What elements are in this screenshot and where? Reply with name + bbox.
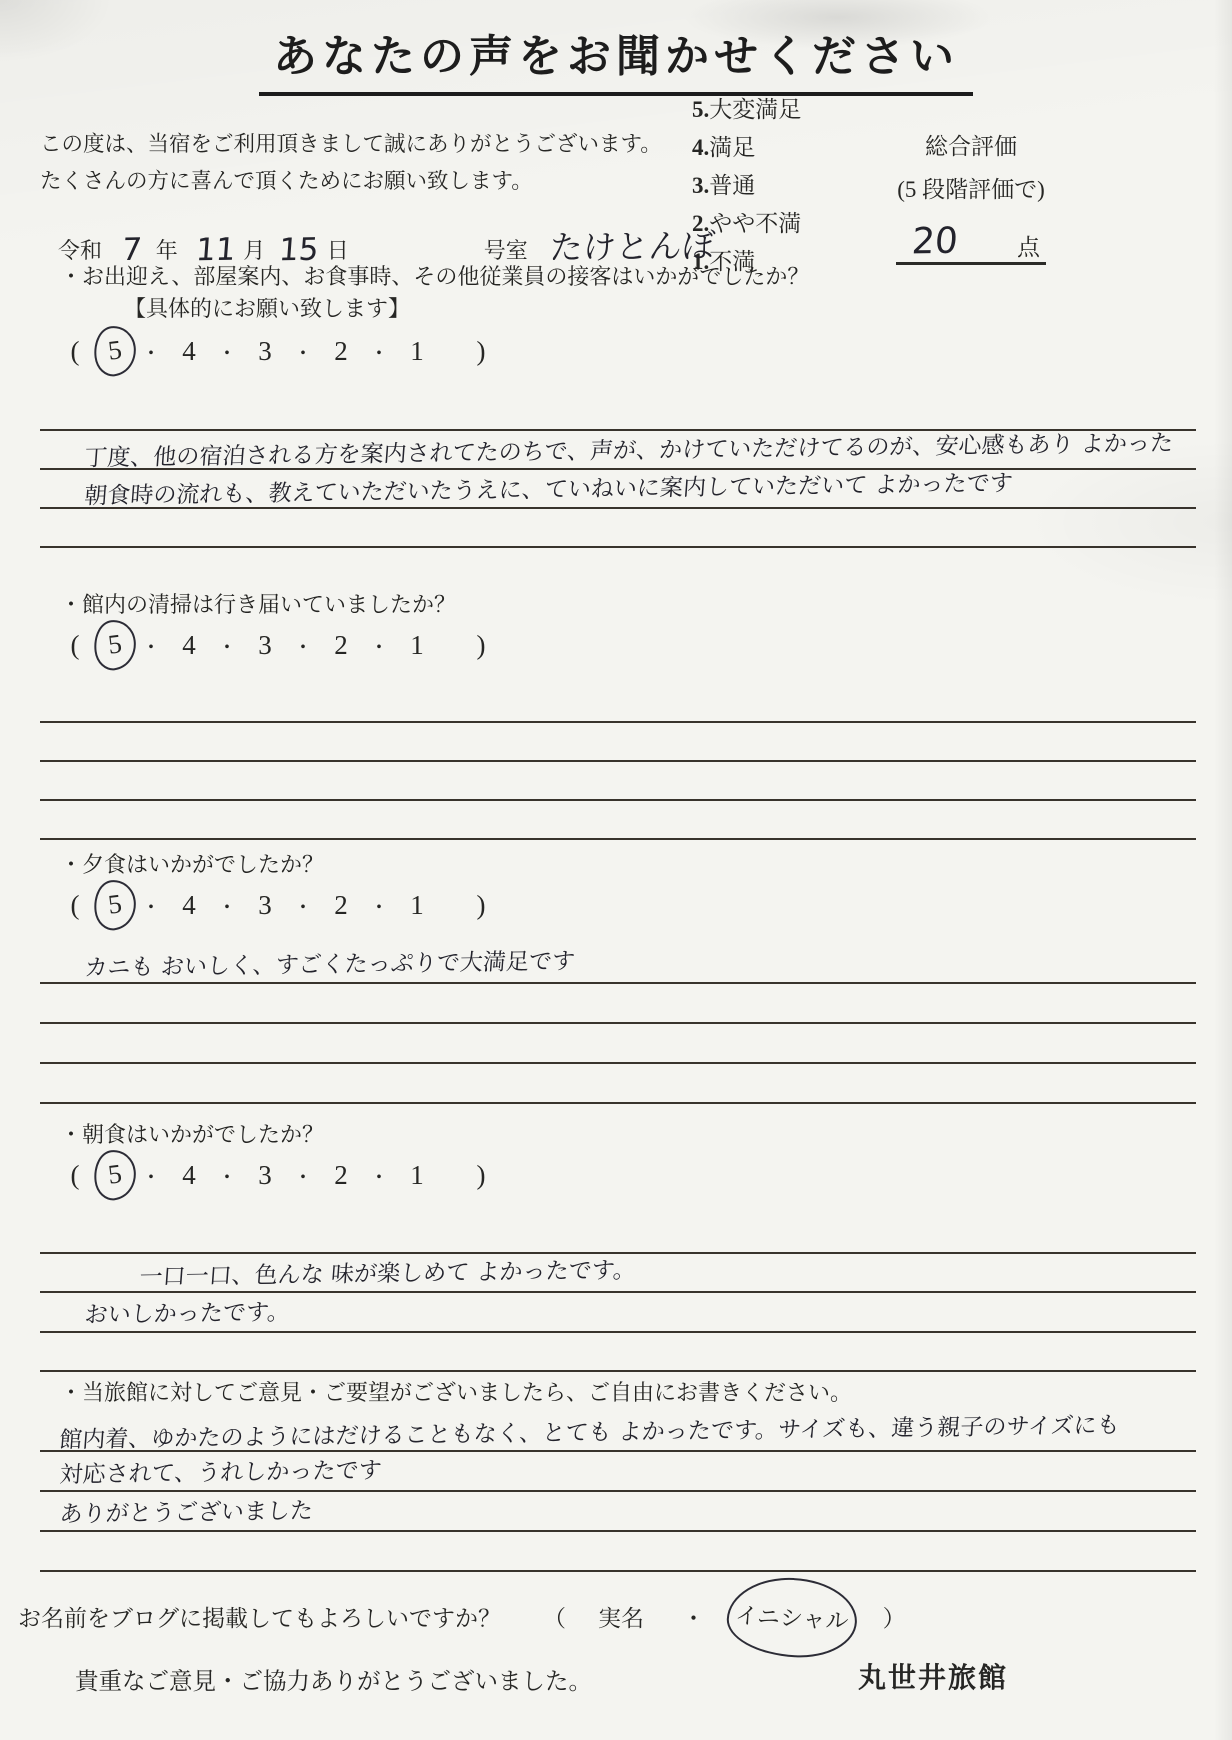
open-paren: （ <box>543 1600 566 1633</box>
question-label: ・当旅館に対してご意見・ご要望がございましたら、ご自由にお書きください。 <box>60 1378 1200 1408</box>
question-note: 【具体的にお願い致します】 <box>124 292 1200 326</box>
rating-option-4: 4 <box>170 630 208 661</box>
separator-dot: ・ <box>360 1161 398 1190</box>
rating-option-5-circled: 5 <box>91 878 139 933</box>
open-paren: ( <box>56 890 94 921</box>
rating-option-3: 3 <box>246 890 284 921</box>
ruled-line: カニも おいしく、すごくたっぷりで大満足です <box>40 944 1196 984</box>
separator-dot: ・ <box>132 891 170 920</box>
intro-paragraph: この度は、当宿をご利用頂きまして誠にありがとうございます。 たくさんの方に喜んで… <box>40 126 700 200</box>
handwritten-answer: ありがとうございました <box>59 1492 315 1529</box>
answer-lines <box>40 684 1196 840</box>
ruled-line: 朝食時の流れも、教えていただいたうえに、ていねいに案内していただいて よかったで… <box>40 470 1196 509</box>
page-title: あなたの声をお聞かせください <box>259 20 973 96</box>
ruled-line: 一口一口、色んな 味が楽しめて よかったです。 <box>40 1254 1196 1294</box>
answer-lines: 館内着、ゆかたのようにはだけることもなく、とても よかったです。サイズも、違う親… <box>40 1412 1196 1572</box>
rating-option-5-circled: 5 <box>91 618 139 673</box>
question-label: ・夕食はいかがでしたか？ <box>60 850 1200 880</box>
close-paren: ) <box>462 336 500 367</box>
era-label: 令和 <box>58 234 102 265</box>
guest-questionnaire-scan: あなたの声をお聞かせください 5.大変満足 4.満足 3.普通 2.やや不満 1… <box>0 0 1232 1740</box>
ruled-line: 丁度、他の宿泊される方を案内されてたのちで、声が、かけていただけてるのが、安心感… <box>40 431 1196 470</box>
handwritten-answer: 対応されて、うれしかったです <box>59 1452 383 1489</box>
ruled-line <box>40 762 1196 801</box>
handwritten-answer: 朝食時の流れも、教えていただいたうえに、ていねいに案内していただいて よかったで… <box>83 465 1014 511</box>
legend-label: 大変満足 <box>709 97 801 122</box>
overall-rating-box: 総合評価 (5 段階評価で) 20 点 <box>878 128 1064 265</box>
legend-item-4: 4.満足 <box>692 134 801 162</box>
answer-lines: 一口一口、色んな 味が楽しめて よかったです。 おいしかったです。 <box>40 1214 1196 1372</box>
handwritten-answer: 館内着、ゆかたのようにはだけることもなく、とても よかったです。サイズも、違う親… <box>58 1407 1121 1455</box>
rating-option-5-circled: 5 <box>91 1148 139 1203</box>
ruled-line <box>40 509 1196 548</box>
score-unit: 点 <box>1017 229 1046 262</box>
month-unit: 月 <box>243 234 265 265</box>
blog-permission-row: お名前をブログに掲載してもよろしいですか？ （ 実名 ・ イニシャル ） <box>18 1598 906 1635</box>
intro-line-2: たくさんの方に喜んで頂くためにお願い致します。 <box>40 163 700 200</box>
separator-dot: ・ <box>208 631 246 660</box>
ruled-line <box>40 1024 1196 1064</box>
separator-dot: ・ <box>132 337 170 366</box>
close-paren: ) <box>462 1160 500 1191</box>
ruled-line <box>40 801 1196 840</box>
handwritten-overall-score: 20 <box>910 221 959 263</box>
close-paren: ） <box>883 1600 906 1633</box>
legend-label: やや不満 <box>709 211 801 236</box>
rating-option-3: 3 <box>246 336 284 367</box>
ruled-line <box>40 984 1196 1024</box>
separator-dot: ・ <box>284 1161 322 1190</box>
rating-option-2: 2 <box>322 336 360 367</box>
rating-scale: ( 5 ・ 4 ・ 3 ・ 2 ・ 1 ) <box>56 620 1200 670</box>
year-unit: 年 <box>156 234 178 265</box>
day-unit: 日 <box>327 234 349 265</box>
ruled-line <box>40 1064 1196 1104</box>
separator-dot: ・ <box>208 891 246 920</box>
separator-dot: ・ <box>208 1161 246 1190</box>
ruled-line: ありがとうございました <box>40 1492 1196 1532</box>
open-paren: ( <box>56 336 94 367</box>
rating-option-2: 2 <box>322 890 360 921</box>
rating-scale: ( 5 ・ 4 ・ 3 ・ 2 ・ 1 ) <box>56 880 1200 930</box>
overall-score-line: 20 点 <box>896 218 1046 265</box>
thanks-note: 貴重なご意見・ご協力ありがとうございました。 <box>75 1662 592 1696</box>
legend-label: 普通 <box>709 173 755 198</box>
rating-option-1: 1 <box>398 630 436 661</box>
legend-item-5: 5.大変満足 <box>692 96 801 124</box>
open-paren: ( <box>56 1160 94 1191</box>
ruled-line: 対応されて、うれしかったです <box>40 1452 1196 1492</box>
handwritten-answer: 一口一口、色んな 味が楽しめて よかったです。 <box>139 1252 638 1292</box>
question-label: ・朝食はいかがでしたか？ <box>60 1120 1200 1150</box>
rating-option-2: 2 <box>322 630 360 661</box>
open-paren: ( <box>56 630 94 661</box>
legend-number: 5. <box>692 97 709 122</box>
option-initial-circled: イニシャル <box>725 1575 859 1661</box>
ruled-line <box>40 1333 1196 1373</box>
rating-option-1: 1 <box>398 336 436 367</box>
close-paren: ) <box>462 890 500 921</box>
separator-dot: ・ <box>284 337 322 366</box>
legend-label: 満足 <box>709 135 755 160</box>
rating-scale: ( 5 ・ 4 ・ 3 ・ 2 ・ 1 ) <box>56 326 1200 376</box>
separator-dot: ・ <box>208 337 246 366</box>
separator-dot: ・ <box>132 1161 170 1190</box>
answer-lines: 丁度、他の宿泊される方を案内されてたのちで、声が、かけていただけてるのが、安心感… <box>40 392 1196 548</box>
ruled-line <box>40 1214 1196 1254</box>
rating-option-1: 1 <box>398 890 436 921</box>
rating-option-4: 4 <box>170 336 208 367</box>
question-dinner: ・夕食はいかがでしたか？ ( 5 ・ 4 ・ 3 ・ 2 ・ 1 ) カニも お… <box>36 850 1200 1104</box>
handwritten-answer: カニも おいしく、すごくたっぷりで大満足です <box>84 943 577 983</box>
rating-option-1: 1 <box>398 1160 436 1191</box>
inn-name: 丸世井旅館 <box>858 1656 1008 1696</box>
question-breakfast: ・朝食はいかがでしたか？ ( 5 ・ 4 ・ 3 ・ 2 ・ 1 ) 一口一口、… <box>36 1120 1200 1372</box>
question-label: ・館内の清掃は行き届いていましたか？ <box>60 590 1200 620</box>
ruled-line <box>40 684 1196 723</box>
question-staff-service: ・お出迎え、部屋案内、お食事時、その他従業員の接客はいかがでしたか？ 【具体的に… <box>36 262 1200 548</box>
intro-line-1: この度は、当宿をご利用頂きまして誠にありがとうございます。 <box>40 126 700 163</box>
blog-question: お名前をブログに掲載してもよろしいですか？ <box>18 1600 501 1633</box>
ruled-line <box>40 1532 1196 1572</box>
option-real-name: 実名 <box>598 1600 644 1633</box>
rating-option-2: 2 <box>322 1160 360 1191</box>
rating-option-5-circled: 5 <box>91 324 139 379</box>
ruled-line <box>40 723 1196 762</box>
overall-subtitle: (5 段階評価で) <box>878 171 1064 204</box>
separator-dot: ・ <box>284 891 322 920</box>
rating-option-4: 4 <box>170 1160 208 1191</box>
separator-dot: ・ <box>284 631 322 660</box>
handwritten-answer: おいしかったです。 <box>84 1293 292 1329</box>
separator-dot: ・ <box>360 891 398 920</box>
separator-dot: ・ <box>360 337 398 366</box>
rating-scale: ( 5 ・ 4 ・ 3 ・ 2 ・ 1 ) <box>56 1150 1200 1200</box>
question-cleanliness: ・館内の清掃は行き届いていましたか？ ( 5 ・ 4 ・ 3 ・ 2 ・ 1 ) <box>36 590 1200 840</box>
rating-option-4: 4 <box>170 890 208 921</box>
title-row: あなたの声をお聞かせください <box>0 20 1232 96</box>
ruled-line <box>40 392 1196 431</box>
overall-title: 総合評価 <box>878 128 1064 161</box>
separator-dot: ・ <box>682 1600 705 1633</box>
answer-lines: カニも おいしく、すごくたっぷりで大満足です <box>40 944 1196 1104</box>
date-room-row: 令和 7 年 11 月 15 日 号室 たけとんぼ <box>58 218 715 265</box>
question-free-comments: ・当旅館に対してご意見・ご要望がございましたら、ご自由にお書きください。 館内着… <box>36 1378 1200 1572</box>
ruled-line: おいしかったです。 <box>40 1293 1196 1333</box>
ruled-line: 館内着、ゆかたのようにはだけることもなく、とても よかったです。サイズも、違う親… <box>40 1412 1196 1452</box>
rating-option-3: 3 <box>246 630 284 661</box>
question-label: ・お出迎え、部屋案内、お食事時、その他従業員の接客はいかがでしたか？ <box>60 262 1200 292</box>
separator-dot: ・ <box>360 631 398 660</box>
separator-dot: ・ <box>132 631 170 660</box>
rating-option-3: 3 <box>246 1160 284 1191</box>
close-paren: ) <box>462 630 500 661</box>
legend-item-3: 3.普通 <box>692 172 801 200</box>
room-label: 号室 <box>484 234 528 265</box>
